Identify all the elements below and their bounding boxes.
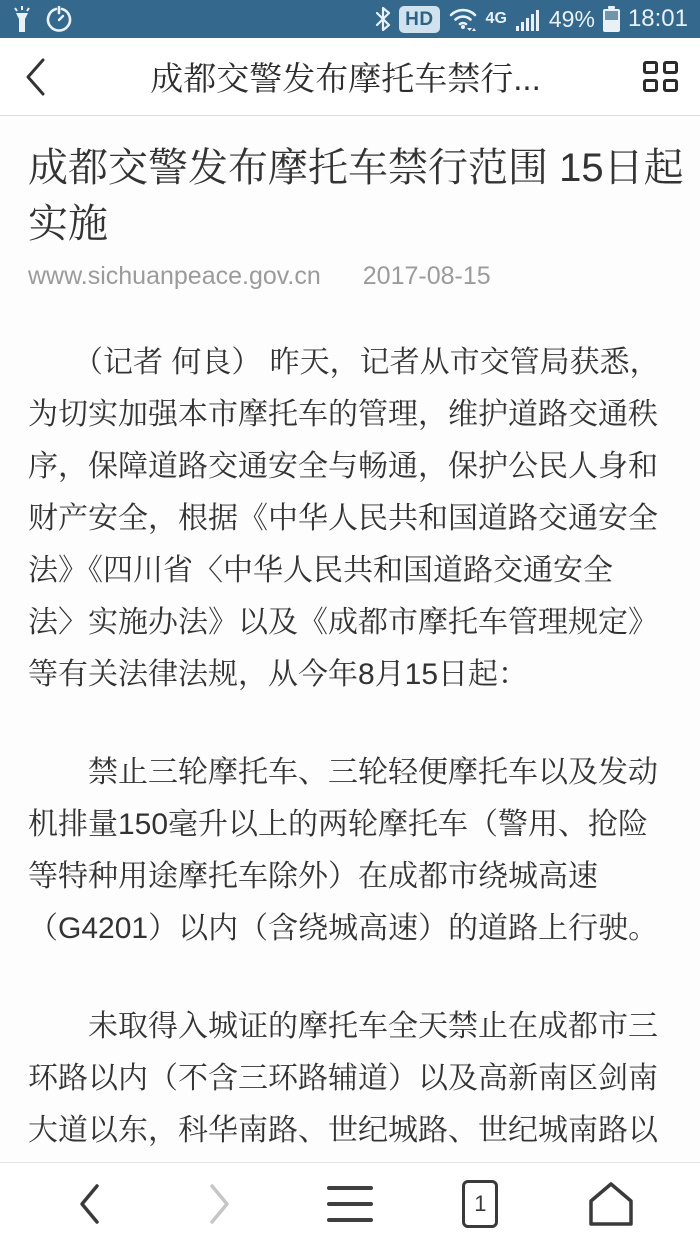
- article-meta: www.sichuanpeace.gov.cn 2017-08-15: [28, 262, 672, 291]
- hd-voice-badge: HD: [399, 6, 439, 33]
- toolbar-home-button[interactable]: [576, 1174, 646, 1234]
- toolbar-tabs-button[interactable]: 1: [445, 1174, 515, 1234]
- toolbar-forward-button[interactable]: [185, 1174, 255, 1234]
- back-chevron-icon: [76, 1181, 102, 1227]
- toolbar-menu-button[interactable]: [315, 1174, 385, 1234]
- forward-chevron-icon: [207, 1181, 233, 1227]
- tab-count-label: 1: [474, 1191, 486, 1217]
- publish-date: 2017-08-15: [363, 262, 491, 291]
- windows-grid-icon[interactable]: [643, 61, 678, 92]
- network-type-label: 4G: [486, 10, 507, 28]
- bluetooth-icon: [375, 6, 391, 32]
- article-view[interactable]: 成都交警发布摩托车禁行范围 15日起 实施 www.sichuanpeace.g…: [0, 116, 700, 1162]
- browser-toolbar: 1: [0, 1162, 700, 1244]
- battery-icon: [603, 6, 620, 32]
- signal-strength-icon: [515, 6, 541, 32]
- clock-label: 18:01: [628, 5, 688, 33]
- page-title: 成都交警发布摩托车禁行...: [48, 53, 643, 100]
- battery-percent-label: 49%: [549, 6, 595, 33]
- browser-screen: HD 4G 49% 18:01: [0, 0, 700, 1244]
- status-bar: HD 4G 49% 18:01: [0, 0, 700, 38]
- toolbar-back-button[interactable]: [54, 1174, 124, 1234]
- tab-count-icon: 1: [462, 1180, 498, 1228]
- back-icon[interactable]: [22, 56, 48, 98]
- flashlight-icon: [12, 6, 32, 32]
- source-url: www.sichuanpeace.gov.cn: [28, 262, 321, 291]
- article-paragraph: 禁止三轮摩托车、三轮轻便摩托车以及发动 机排量150毫升以上的两轮摩托车（警用、…: [28, 747, 672, 955]
- article-paragraph: 未取得入城证的摩托车全天禁止在成都市三 环路以内（不含三环路辅道）以及高新南区剑…: [28, 1001, 672, 1162]
- stopwatch-icon: [46, 6, 72, 32]
- menu-icon: [327, 1186, 373, 1222]
- page-header: 成都交警发布摩托车禁行...: [0, 38, 700, 116]
- article-paragraph: （记者 何良） 昨天，记者从市交管局获悉， 为切实加强本市摩托车的管理，维护道路…: [28, 337, 672, 701]
- wifi-icon: [448, 6, 478, 32]
- home-icon: [587, 1180, 635, 1228]
- article-title: 成都交警发布摩托车禁行范围 15日起 实施: [28, 140, 672, 252]
